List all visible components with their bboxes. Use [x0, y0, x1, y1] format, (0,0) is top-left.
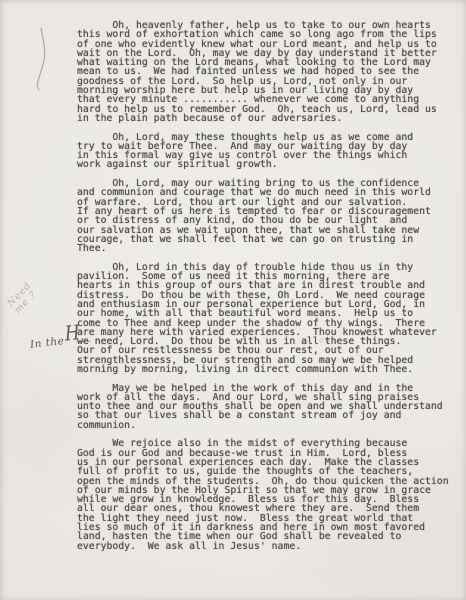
typed-line: in the plain path because of our adversa… [77, 114, 457, 123]
paragraph: We rejoice also in the midst of everythi… [77, 439, 457, 551]
typed-line: communion. [77, 421, 457, 430]
typed-text-block: Oh, heavenly father, help us to take to … [77, 21, 457, 551]
paragraph: Oh, Lord, may these thoughts help us as … [77, 133, 457, 170]
paragraph: Oh, heavenly father, help us to take to … [77, 21, 457, 123]
typed-line: Thee. [77, 244, 457, 253]
typed-line: everybody. We ask all in Jesus' name. [77, 542, 457, 551]
paragraph: Oh, Lord, may our waiting bring to us th… [77, 179, 457, 253]
paragraph: May we be helped in the work of this day… [77, 384, 457, 430]
typed-line: work against our spiritual growth. [77, 160, 457, 169]
paragraph: Oh, Lord in this day of trouble hide tho… [77, 263, 457, 375]
typed-line: morning by morning, living in direct com… [77, 365, 457, 374]
scanned-typewritten-page: Need me ? In the H out Oh, heavenly fath… [0, 0, 466, 600]
pencil-checkmark-icon [28, 24, 52, 94]
margin-note-ink-insertion: In the [29, 335, 65, 351]
margin-note-pencil: Need me ? [6, 281, 41, 316]
typed-line: courage, that we shall feel that we can … [77, 235, 457, 244]
